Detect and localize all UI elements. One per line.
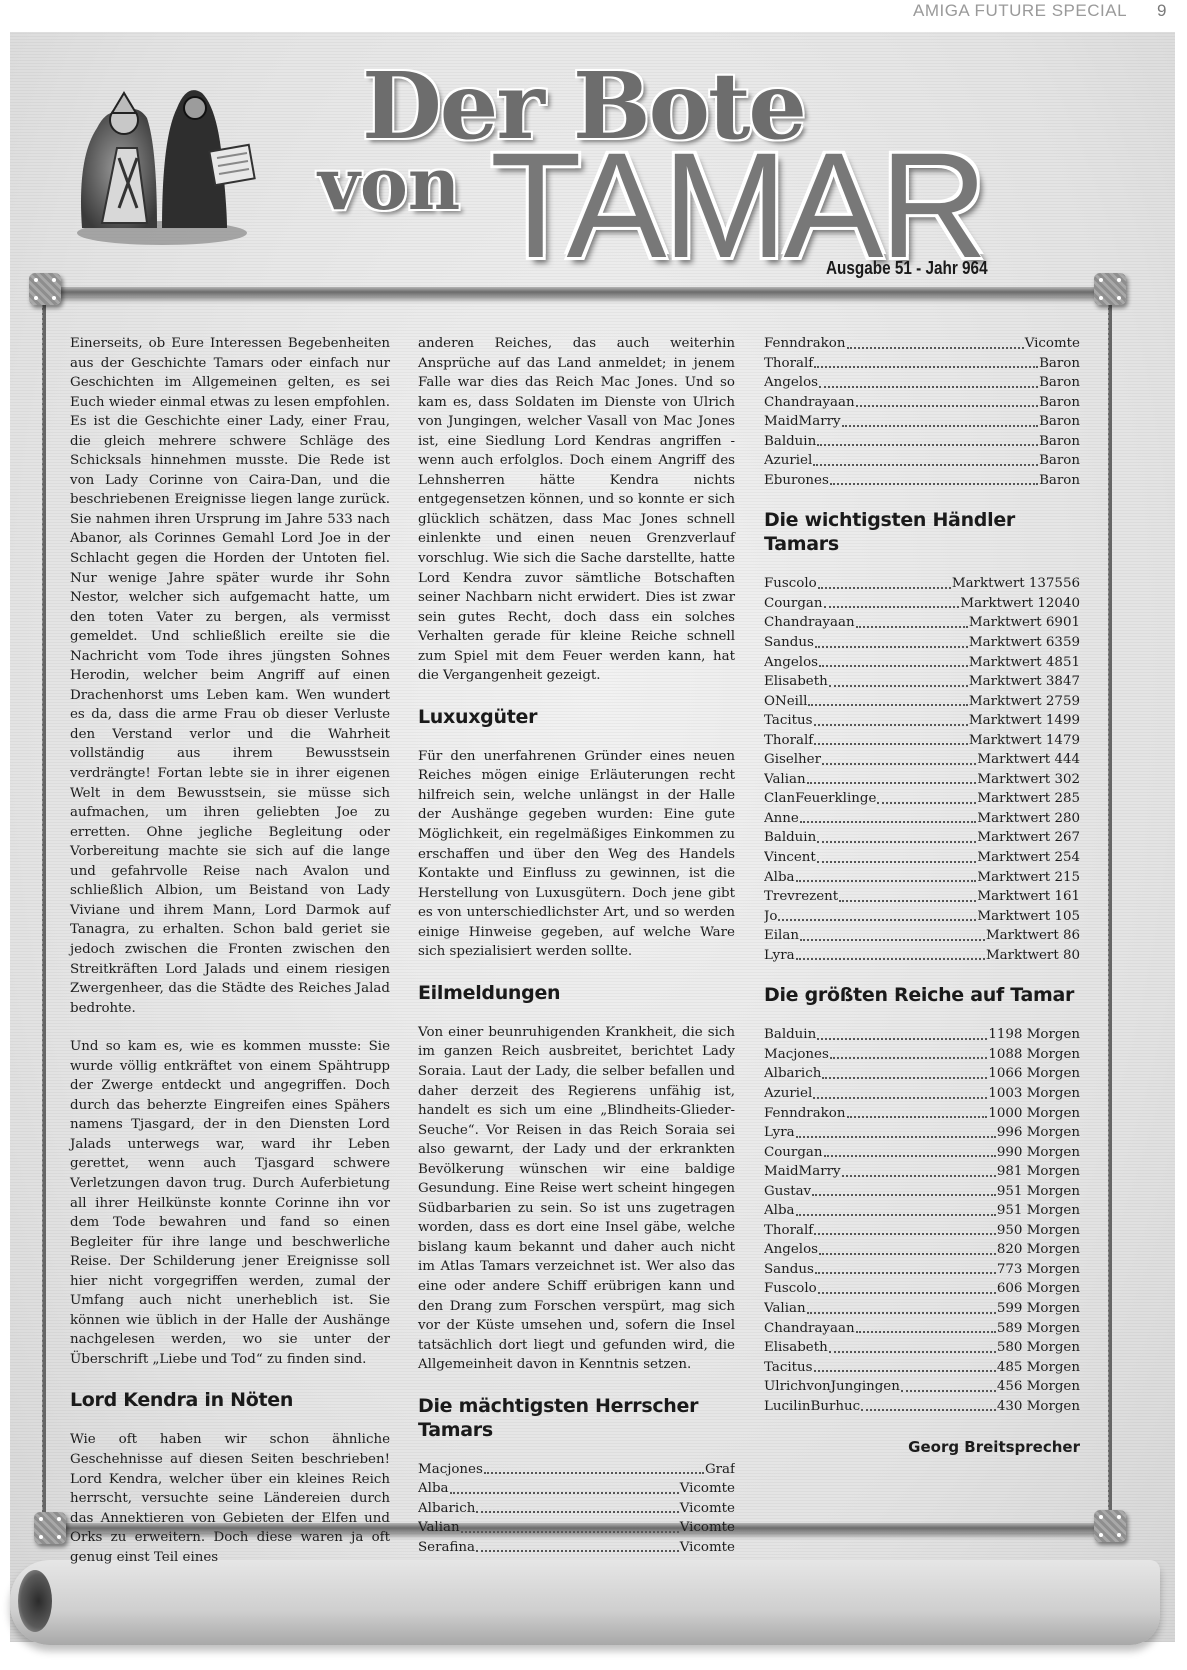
dot-leader (814, 724, 968, 726)
list-item-value: 1003 Morgen (988, 1084, 1080, 1104)
list-item: Lyra996 Morgen (764, 1123, 1080, 1143)
dot-leader (847, 347, 1024, 349)
article-paragraph: Einerseits, ob Eure Interessen Begebenhe… (70, 334, 390, 1018)
dot-leader (476, 1511, 678, 1513)
list-item-name: Angelos (764, 373, 818, 393)
masthead-title-von: von (318, 148, 460, 220)
dot-leader (822, 1077, 987, 1079)
list-item-value: 990 Morgen (997, 1143, 1080, 1163)
dot-leader (856, 626, 968, 628)
list-item-value: Marktwert 2759 (969, 692, 1080, 712)
list-item: AnneMarktwert 280 (764, 809, 1080, 829)
section-heading-luxus: Luxuxgüter (418, 705, 735, 729)
list-item-value: Marktwert 280 (977, 809, 1080, 829)
list-item-value: Marktwert 137556 (952, 574, 1080, 594)
dot-leader (814, 366, 1038, 368)
list-item: AzurielBaron (764, 451, 1080, 471)
list-item-name: ONeill (764, 692, 807, 712)
dot-leader (800, 821, 977, 823)
list-item-name: Tacitus (764, 1358, 813, 1378)
dot-leader (856, 1331, 996, 1333)
list-item-value: 981 Morgen (997, 1162, 1080, 1182)
list-item-value: Baron (1039, 393, 1080, 413)
rod-end-knob-icon (1094, 273, 1126, 305)
author-signature: Georg Breitsprecher (764, 1438, 1080, 1458)
list-item-value: 950 Morgen (997, 1221, 1080, 1241)
list-item-name: Gustav (764, 1182, 811, 1202)
list-item: Balduin1198 Morgen (764, 1025, 1080, 1045)
list-item: Alba951 Morgen (764, 1201, 1080, 1221)
list-item-name: UlrichvonJungingen (764, 1377, 900, 1397)
list-item-name: Valian (418, 1518, 460, 1538)
list-item-value: Marktwert 86 (986, 926, 1080, 946)
list-item: TacitusMarktwert 1499 (764, 711, 1080, 731)
list-item-name: Balduin (764, 432, 816, 452)
dot-leader (819, 665, 968, 667)
list-item-name: Elisabeth (764, 672, 828, 692)
list-item: AngelosBaron (764, 373, 1080, 393)
list-item-value: Baron (1039, 432, 1080, 452)
list-item-value: Marktwert 105 (977, 907, 1080, 927)
article-paragraph: Für den unerfahrenen Gründer eines neuen… (418, 747, 735, 962)
list-item-value: Baron (1039, 471, 1080, 491)
list-item: MaidMarryBaron (764, 412, 1080, 432)
list-item-name: Courgan (764, 594, 823, 614)
list-item: ONeillMarktwert 2759 (764, 692, 1080, 712)
list-item-value: 820 Morgen (997, 1240, 1080, 1260)
dot-leader (824, 606, 960, 608)
dot-leader (800, 939, 985, 941)
section-heading-eilmeldungen: Eilmeldungen (418, 981, 735, 1005)
dot-leader (817, 1038, 987, 1040)
article-column-2: anderen Reiches, das auch weiterhin Ansp… (418, 334, 735, 1575)
list-item: Fenndrakon1000 Morgen (764, 1104, 1080, 1124)
list-item-value: 1066 Morgen (988, 1064, 1080, 1084)
list-item-name: MaidMarry (764, 412, 841, 432)
list-item-name: LucilinBurhuc (764, 1397, 860, 1417)
section-heading-realms: Die größten Reiche auf Tamar (764, 983, 1080, 1007)
list-item-value: 606 Morgen (997, 1279, 1080, 1299)
list-item-value: Marktwert 254 (977, 848, 1080, 868)
list-item-value: 485 Morgen (997, 1358, 1080, 1378)
scroll-right-rail (1108, 300, 1112, 1520)
list-item: Chandrayaan589 Morgen (764, 1319, 1080, 1339)
list-item-value: 589 Morgen (997, 1319, 1080, 1339)
dot-leader (814, 743, 968, 745)
list-item-value: Marktwert 6359 (969, 633, 1080, 653)
list-item-value: Marktwert 444 (977, 750, 1080, 770)
list-item: AlbarichVicomte (418, 1499, 735, 1519)
list-item-value: Baron (1039, 412, 1080, 432)
list-item: AlbaVicomte (418, 1479, 735, 1499)
list-item: EburonesBaron (764, 471, 1080, 491)
list-item-value: 1000 Morgen (988, 1104, 1080, 1124)
list-item: FuscoloMarktwert 137556 (764, 574, 1080, 594)
list-item: Tacitus485 Morgen (764, 1358, 1080, 1378)
list-item-value: Marktwert 285 (977, 789, 1080, 809)
list-item-name: Tacitus (764, 711, 813, 731)
realms-list: Balduin1198 MorgenMacjones1088 MorgenAlb… (764, 1025, 1080, 1416)
list-item: Courgan990 Morgen (764, 1143, 1080, 1163)
list-item-value: Marktwert 161 (977, 887, 1080, 907)
dot-leader (829, 685, 968, 687)
rod-end-knob-icon (1094, 1510, 1126, 1542)
dot-leader (808, 704, 967, 706)
list-item-value: Marktwert 1479 (969, 731, 1080, 751)
list-item: Albarich1066 Morgen (764, 1064, 1080, 1084)
list-item-name: Sandus (764, 633, 814, 653)
dot-leader (461, 1531, 679, 1533)
scroll-top-rod (55, 287, 1115, 297)
dot-leader (847, 1116, 988, 1118)
list-item-name: Azuriel (764, 451, 812, 471)
dot-leader (877, 802, 976, 804)
running-head: AMIGA FUTURE SPECIAL 9 (913, 0, 1167, 22)
list-item-value: Marktwert 3847 (969, 672, 1080, 692)
rulers-list-continued: FenndrakonVicomteThoralfBaronAngelosBaro… (764, 334, 1080, 490)
list-item: Valian599 Morgen (764, 1299, 1080, 1319)
list-item: TrevrezentMarktwert 161 (764, 887, 1080, 907)
list-item: ThoralfMarktwert 1479 (764, 731, 1080, 751)
list-item-name: Azuriel (764, 1084, 812, 1104)
article-column-1: Einerseits, ob Eure Interessen Begebenhe… (70, 334, 390, 1586)
dot-leader (842, 425, 1038, 427)
dot-leader (839, 900, 976, 902)
article-column-3: FenndrakonVicomteThoralfBaronAngelosBaro… (764, 334, 1080, 1458)
list-item-name: Valian (764, 770, 806, 790)
dot-leader (819, 386, 1038, 388)
list-item-value: Marktwert 4851 (969, 653, 1080, 673)
list-item-name: Alba (764, 868, 795, 888)
list-item-name: MaidMarry (764, 1162, 841, 1182)
dot-leader (450, 1492, 679, 1494)
list-item: UlrichvonJungingen456 Morgen (764, 1377, 1080, 1397)
dot-leader (813, 1097, 987, 1099)
list-item: ClanFeuerklingeMarktwert 285 (764, 789, 1080, 809)
list-item-name: Lyra (764, 946, 795, 966)
list-item: AngelosMarktwert 4851 (764, 653, 1080, 673)
scroll-curl-icon (18, 1570, 52, 1632)
list-item-name: Valian (764, 1299, 806, 1319)
dot-leader (817, 841, 976, 843)
list-item-value: Marktwert 12040 (960, 594, 1080, 614)
list-item: ValianMarktwert 302 (764, 770, 1080, 790)
list-item: SandusMarktwert 6359 (764, 633, 1080, 653)
list-item: Sandus773 Morgen (764, 1260, 1080, 1280)
dot-leader (815, 646, 968, 648)
list-item: Angelos820 Morgen (764, 1240, 1080, 1260)
rod-end-knob-icon (34, 1512, 66, 1544)
list-item-value: Baron (1039, 373, 1080, 393)
dot-leader (476, 1550, 679, 1552)
list-item-value: Vicomte (680, 1479, 735, 1499)
list-item: Azuriel1003 Morgen (764, 1084, 1080, 1104)
list-item-value: 599 Morgen (997, 1299, 1080, 1319)
list-item-name: Trevrezent (764, 887, 838, 907)
list-item-name: Jo (764, 907, 777, 927)
dot-leader (842, 1175, 996, 1177)
dot-leader (484, 1472, 704, 1474)
list-item-value: 951 Morgen (997, 1201, 1080, 1221)
dot-leader (824, 1155, 996, 1157)
list-item: AlbaMarktwert 215 (764, 868, 1080, 888)
list-item-name: Anne (764, 809, 799, 829)
list-item-name: Giselher (764, 750, 821, 770)
dot-leader (814, 1233, 996, 1235)
list-item-value: 1198 Morgen (988, 1025, 1080, 1045)
list-item-name: Fenndrakon (764, 1104, 846, 1124)
dot-leader (796, 880, 977, 882)
list-item-name: Macjones (418, 1460, 483, 1480)
list-item-value: Baron (1039, 354, 1080, 374)
dot-leader (817, 444, 1038, 446)
list-item-value: Vicomte (680, 1518, 735, 1538)
list-item-value: 456 Morgen (997, 1377, 1080, 1397)
dot-leader (856, 405, 1038, 407)
list-item-value: Marktwert 302 (977, 770, 1080, 790)
dot-leader (796, 1214, 996, 1216)
list-item-name: ClanFeuerklinge (764, 789, 876, 809)
list-item-name: Chandrayaan (764, 393, 855, 413)
section-heading-traders: Die wichtigsten Händler Tamars (764, 508, 1080, 556)
list-item: EilanMarktwert 86 (764, 926, 1080, 946)
dot-leader (812, 1194, 996, 1196)
section-heading-rulers: Die mächtigsten Herrscher Tamars (418, 1394, 735, 1442)
list-item-value: 580 Morgen (997, 1338, 1080, 1358)
list-item-value: 430 Morgen (997, 1397, 1080, 1417)
list-item: Macjones1088 Morgen (764, 1045, 1080, 1065)
list-item-name: Eilan (764, 926, 799, 946)
list-item-name: Lyra (764, 1123, 795, 1143)
dot-leader (822, 763, 976, 765)
list-item: MaidMarry981 Morgen (764, 1162, 1080, 1182)
issue-info: Ausgabe 51 - Jahr 964 (826, 258, 988, 279)
list-item: VincentMarktwert 254 (764, 848, 1080, 868)
dot-leader (818, 1292, 996, 1294)
list-item-name: Vincent (764, 848, 816, 868)
list-item-name: Fuscolo (764, 574, 817, 594)
list-item: MacjonesGraf (418, 1460, 735, 1480)
list-item-value: Vicomte (680, 1538, 735, 1558)
list-item-name: Alba (764, 1201, 795, 1221)
dot-leader (813, 464, 1038, 466)
list-item-value: Vicomte (1025, 334, 1080, 354)
list-item: Gustav951 Morgen (764, 1182, 1080, 1202)
section-heading-kendra: Lord Kendra in Nöten (70, 1388, 390, 1412)
dot-leader (796, 1136, 996, 1138)
scholars-illustration-icon (62, 58, 262, 248)
dot-leader (778, 919, 976, 921)
rod-end-knob-icon (29, 273, 61, 305)
list-item-value: 951 Morgen (997, 1182, 1080, 1202)
dot-leader (815, 1272, 996, 1274)
article-paragraph: Und so kam es, wie es kommen musste: Sie… (70, 1037, 390, 1369)
traders-list: FuscoloMarktwert 137556CourganMarktwert … (764, 574, 1080, 965)
list-item-value: 773 Morgen (997, 1260, 1080, 1280)
list-item-name: Serafina (418, 1538, 475, 1558)
list-item-value: Marktwert 215 (977, 868, 1080, 888)
list-item: Thoralf950 Morgen (764, 1221, 1080, 1241)
list-item-value: 996 Morgen (997, 1123, 1080, 1143)
list-item-name: Sandus (764, 1260, 814, 1280)
list-item-name: Albarich (764, 1064, 821, 1084)
list-item-value: Marktwert 267 (977, 828, 1080, 848)
list-item-name: Thoralf (764, 354, 813, 374)
list-item-name: Angelos (764, 1240, 818, 1260)
list-item-value: 1088 Morgen (988, 1045, 1080, 1065)
dot-leader (814, 1370, 996, 1372)
list-item-name: Fenndrakon (764, 334, 846, 354)
list-item-name: Albarich (418, 1499, 475, 1519)
list-item: ValianVicomte (418, 1518, 735, 1538)
list-item: SerafinaVicomte (418, 1538, 735, 1558)
list-item: Elisabeth580 Morgen (764, 1338, 1080, 1358)
list-item: ThoralfBaron (764, 354, 1080, 374)
list-item-name: Macjones (764, 1045, 829, 1065)
list-item: JoMarktwert 105 (764, 907, 1080, 927)
list-item-name: Angelos (764, 653, 818, 673)
rulers-list: MacjonesGrafAlbaVicomteAlbarichVicomteVa… (418, 1460, 735, 1558)
page-number: 9 (1157, 1, 1167, 21)
dot-leader (819, 1253, 996, 1255)
list-item: Fuscolo606 Morgen (764, 1279, 1080, 1299)
dot-leader (830, 483, 1038, 485)
list-item-name: Alba (418, 1479, 449, 1499)
list-item-name: Balduin (764, 1025, 816, 1045)
list-item-name: Chandrayaan (764, 1319, 855, 1339)
list-item: CourganMarktwert 12040 (764, 594, 1080, 614)
list-item: ElisabethMarktwert 3847 (764, 672, 1080, 692)
list-item-value: Baron (1039, 451, 1080, 471)
list-item: ChandrayaanMarktwert 6901 (764, 613, 1080, 633)
dot-leader (796, 958, 985, 960)
list-item-name: Courgan (764, 1143, 823, 1163)
list-item-value: Marktwert 1499 (969, 711, 1080, 731)
publication-name: AMIGA FUTURE SPECIAL (913, 1, 1127, 21)
list-item: LucilinBurhuc430 Morgen (764, 1397, 1080, 1417)
scroll-left-rail (42, 300, 46, 1520)
list-item-value: Vicomte (680, 1499, 735, 1519)
dot-leader (830, 1057, 988, 1059)
list-item-name: Chandrayaan (764, 613, 855, 633)
list-item-value: Graf (705, 1460, 735, 1480)
dot-leader (807, 782, 977, 784)
dot-leader (818, 587, 951, 589)
article-paragraph: anderen Reiches, das auch weiterhin Ansp… (418, 334, 735, 686)
article-paragraph: Wie oft haben wir schon ähnliche Gescheh… (70, 1430, 390, 1567)
list-item: GiselherMarktwert 444 (764, 750, 1080, 770)
list-item-value: Marktwert 6901 (969, 613, 1080, 633)
list-item-name: Fuscolo (764, 1279, 817, 1299)
dot-leader (861, 1409, 996, 1411)
dot-leader (829, 1351, 996, 1353)
list-item-name: Elisabeth (764, 1338, 828, 1358)
list-item: ChandrayaanBaron (764, 393, 1080, 413)
article-paragraph: Von einer beunruhigenden Krankheit, die … (418, 1023, 735, 1375)
list-item-name: Thoralf (764, 731, 813, 751)
list-item: FenndrakonVicomte (764, 334, 1080, 354)
dot-leader (817, 861, 977, 863)
list-item-name: Balduin (764, 828, 816, 848)
dot-leader (807, 1312, 996, 1314)
list-item-name: Eburones (764, 471, 829, 491)
dot-leader (901, 1390, 996, 1392)
list-item: LyraMarktwert 80 (764, 946, 1080, 966)
list-item-name: Thoralf (764, 1221, 813, 1241)
list-item: BalduinMarktwert 267 (764, 828, 1080, 848)
list-item: BalduinBaron (764, 432, 1080, 452)
list-item-value: Marktwert 80 (986, 946, 1080, 966)
